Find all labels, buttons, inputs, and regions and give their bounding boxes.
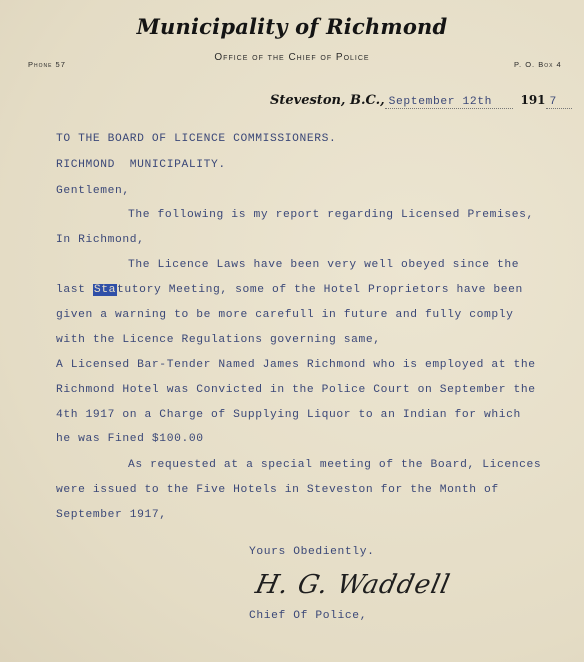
body-line: 4th 1917 on a Charge of Supplying Liquor… [56,409,521,421]
body-line: A Licensed Bar-Tender Named James Richmo… [56,359,536,371]
body-line: The Licence Laws have been very well obe… [128,259,519,271]
addressee-line-2: RICHMOND MUNICIPALITY. [56,159,226,171]
body-line: he was Fined $100.00 [56,433,204,445]
body-line: September 1917, [56,509,167,521]
body-text: tutory Meeting, some of the Hotel Propri… [117,284,523,296]
body-text: last [56,284,93,296]
dateline-place: Steveston, B.C., [270,93,385,108]
body-line: As requested at a special meeting of the… [128,459,541,471]
valediction: Yours Obediently. [249,546,374,558]
body-line: given a warning to be more carefull in f… [56,309,514,321]
body-line: with the Licence Regulations governing s… [56,334,381,346]
dateline: Steveston, B.C.,September 12th 1917 [270,93,572,109]
body-line: In Richmond, [56,234,145,246]
struck-out-text: Sta [93,284,117,296]
dateline-date: September 12th [385,96,513,109]
dateline-year-suffix: 7 [546,96,572,109]
handwritten-signature: H. G. Waddell [253,570,453,600]
office-subtitle: Office of the Chief of Police [0,52,584,63]
dateline-year-prefix: 191 [520,93,545,107]
letterhead-title: Municipality of Richmond [0,14,584,39]
signatory-title: Chief Of Police, [249,610,367,622]
body-line: were issued to the Five Hotels in Steves… [56,484,499,496]
salutation: Gentlemen, [56,185,130,197]
body-line: last Statutory Meeting, some of the Hote… [56,284,523,296]
po-box: P. O. Box 4 [514,60,562,69]
addressee-line-1: TO THE BOARD OF LICENCE COMMISSIONERS. [56,133,336,145]
body-line: Richmond Hotel was Convicted in the Poli… [56,384,536,396]
body-line: The following is my report regarding Lic… [128,209,534,221]
phone-number: Phone 57 [28,60,66,69]
